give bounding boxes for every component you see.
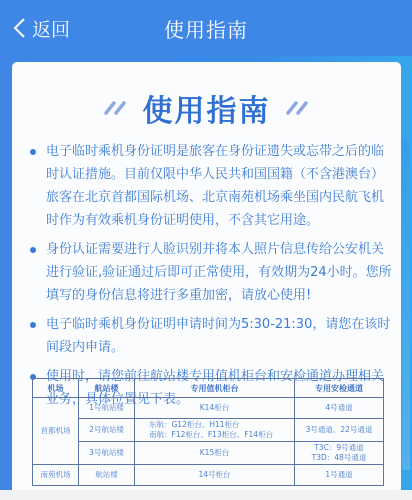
bullet-text: 电子临时乘机身份证明是旅客在身份证遗失或忘带之后的临时认证措施。目前仅限中华人民… bbox=[46, 144, 384, 228]
cell-terminal: 1号航站楼 bbox=[79, 398, 135, 419]
bullet-item: 电子临时乘机身份证明是旅客在身份证遗失或忘带之后的临时认证措施。目前仅限中华人民… bbox=[24, 140, 392, 232]
cell-terminal: 航站楼 bbox=[79, 465, 135, 486]
cell-channel: T3C：9号通道 T3D：48号通道 bbox=[295, 442, 384, 465]
location-table: 机场 航站楼 专用值机柜台 专用安检通道 首都机场 1号航站楼 K14柜台 4号… bbox=[32, 378, 384, 486]
header-terminal: 航站楼 bbox=[79, 379, 135, 398]
guide-content: 电子临时乘机身份证明是旅客在身份证遗失或忘带之后的临时认证措施。目前仅限中华人民… bbox=[24, 140, 392, 417]
bullet-item: 电子临时乘机身份证明申请时间为5:30-21:30，请您在该时间段内申请。 bbox=[24, 313, 392, 359]
page-title: 使用指南 bbox=[0, 14, 412, 43]
cell-airport: 首都机场 bbox=[33, 398, 79, 465]
bullet-text: 身份认证需要进行人脸识别并将本人照片信息传给公安机关进行验证,验证通过后即可正常… bbox=[46, 242, 392, 303]
page-bottom-strip bbox=[0, 490, 412, 500]
table-header-row: 机场 航站楼 专用值机柜台 专用安检通道 bbox=[33, 379, 384, 398]
table-row: 首都机场 1号航站楼 K14柜台 4号通道 bbox=[33, 398, 384, 419]
table-row: 3号航站楼 K15柜台 T3C：9号通道 T3D：48号通道 bbox=[33, 442, 384, 465]
cell-terminal: 3号航站楼 bbox=[79, 442, 135, 465]
bullet-dot-icon bbox=[30, 149, 36, 155]
header-airport: 机场 bbox=[33, 379, 79, 398]
table-row: 2号航站楼 东航：G12柜台、H11柜台 南航：F12柜台、F13柜台、F14柜… bbox=[33, 419, 384, 442]
bullet-text: 电子临时乘机身份证明申请时间为5:30-21:30，请您在该时间段内申请。 bbox=[46, 317, 390, 355]
cell-terminal: 2号航站楼 bbox=[79, 419, 135, 442]
counter-line: 南航：F12柜台、F13柜台、F14柜台 bbox=[149, 430, 292, 440]
cell-counter: K15柜台 bbox=[135, 442, 295, 465]
cell-channel: 3号通道、22号通道 bbox=[295, 419, 384, 442]
cell-channel: 4号通道 bbox=[295, 398, 384, 419]
cell-counter: 14号柜台 bbox=[135, 465, 295, 486]
guide-heading: 使用指南 bbox=[12, 86, 401, 130]
bullet-dot-icon bbox=[30, 322, 36, 328]
channel-line: T3C：9号通道 bbox=[297, 443, 381, 453]
header-counter: 专用值机柜台 bbox=[135, 379, 295, 398]
cell-channel: 1号通道 bbox=[295, 465, 384, 486]
counter-line: 东航：G12柜台、H11柜台 bbox=[149, 420, 292, 430]
bullet-item: 身份认证需要进行人脸识别并将本人照片信息传给公安机关进行验证,验证通过后即可正常… bbox=[24, 238, 392, 307]
bullet-dot-icon bbox=[30, 247, 36, 253]
header-channel: 专用安检通道 bbox=[295, 379, 384, 398]
guide-heading-text: 使用指南 bbox=[143, 86, 271, 130]
scroll-edge bbox=[402, 140, 410, 470]
cell-counter: K14柜台 bbox=[135, 398, 295, 419]
double-slash-icon bbox=[285, 101, 311, 115]
cell-airport: 南苑机场 bbox=[33, 465, 79, 486]
top-nav-bar: 返回 使用指南 bbox=[0, 0, 412, 56]
table-row: 南苑机场 航站楼 14号柜台 1号通道 bbox=[33, 465, 384, 486]
double-slash-icon bbox=[103, 101, 129, 115]
cell-counter: 东航：G12柜台、H11柜台 南航：F12柜台、F13柜台、F14柜台 bbox=[135, 419, 295, 442]
channel-line: T3D：48号通道 bbox=[297, 453, 381, 463]
